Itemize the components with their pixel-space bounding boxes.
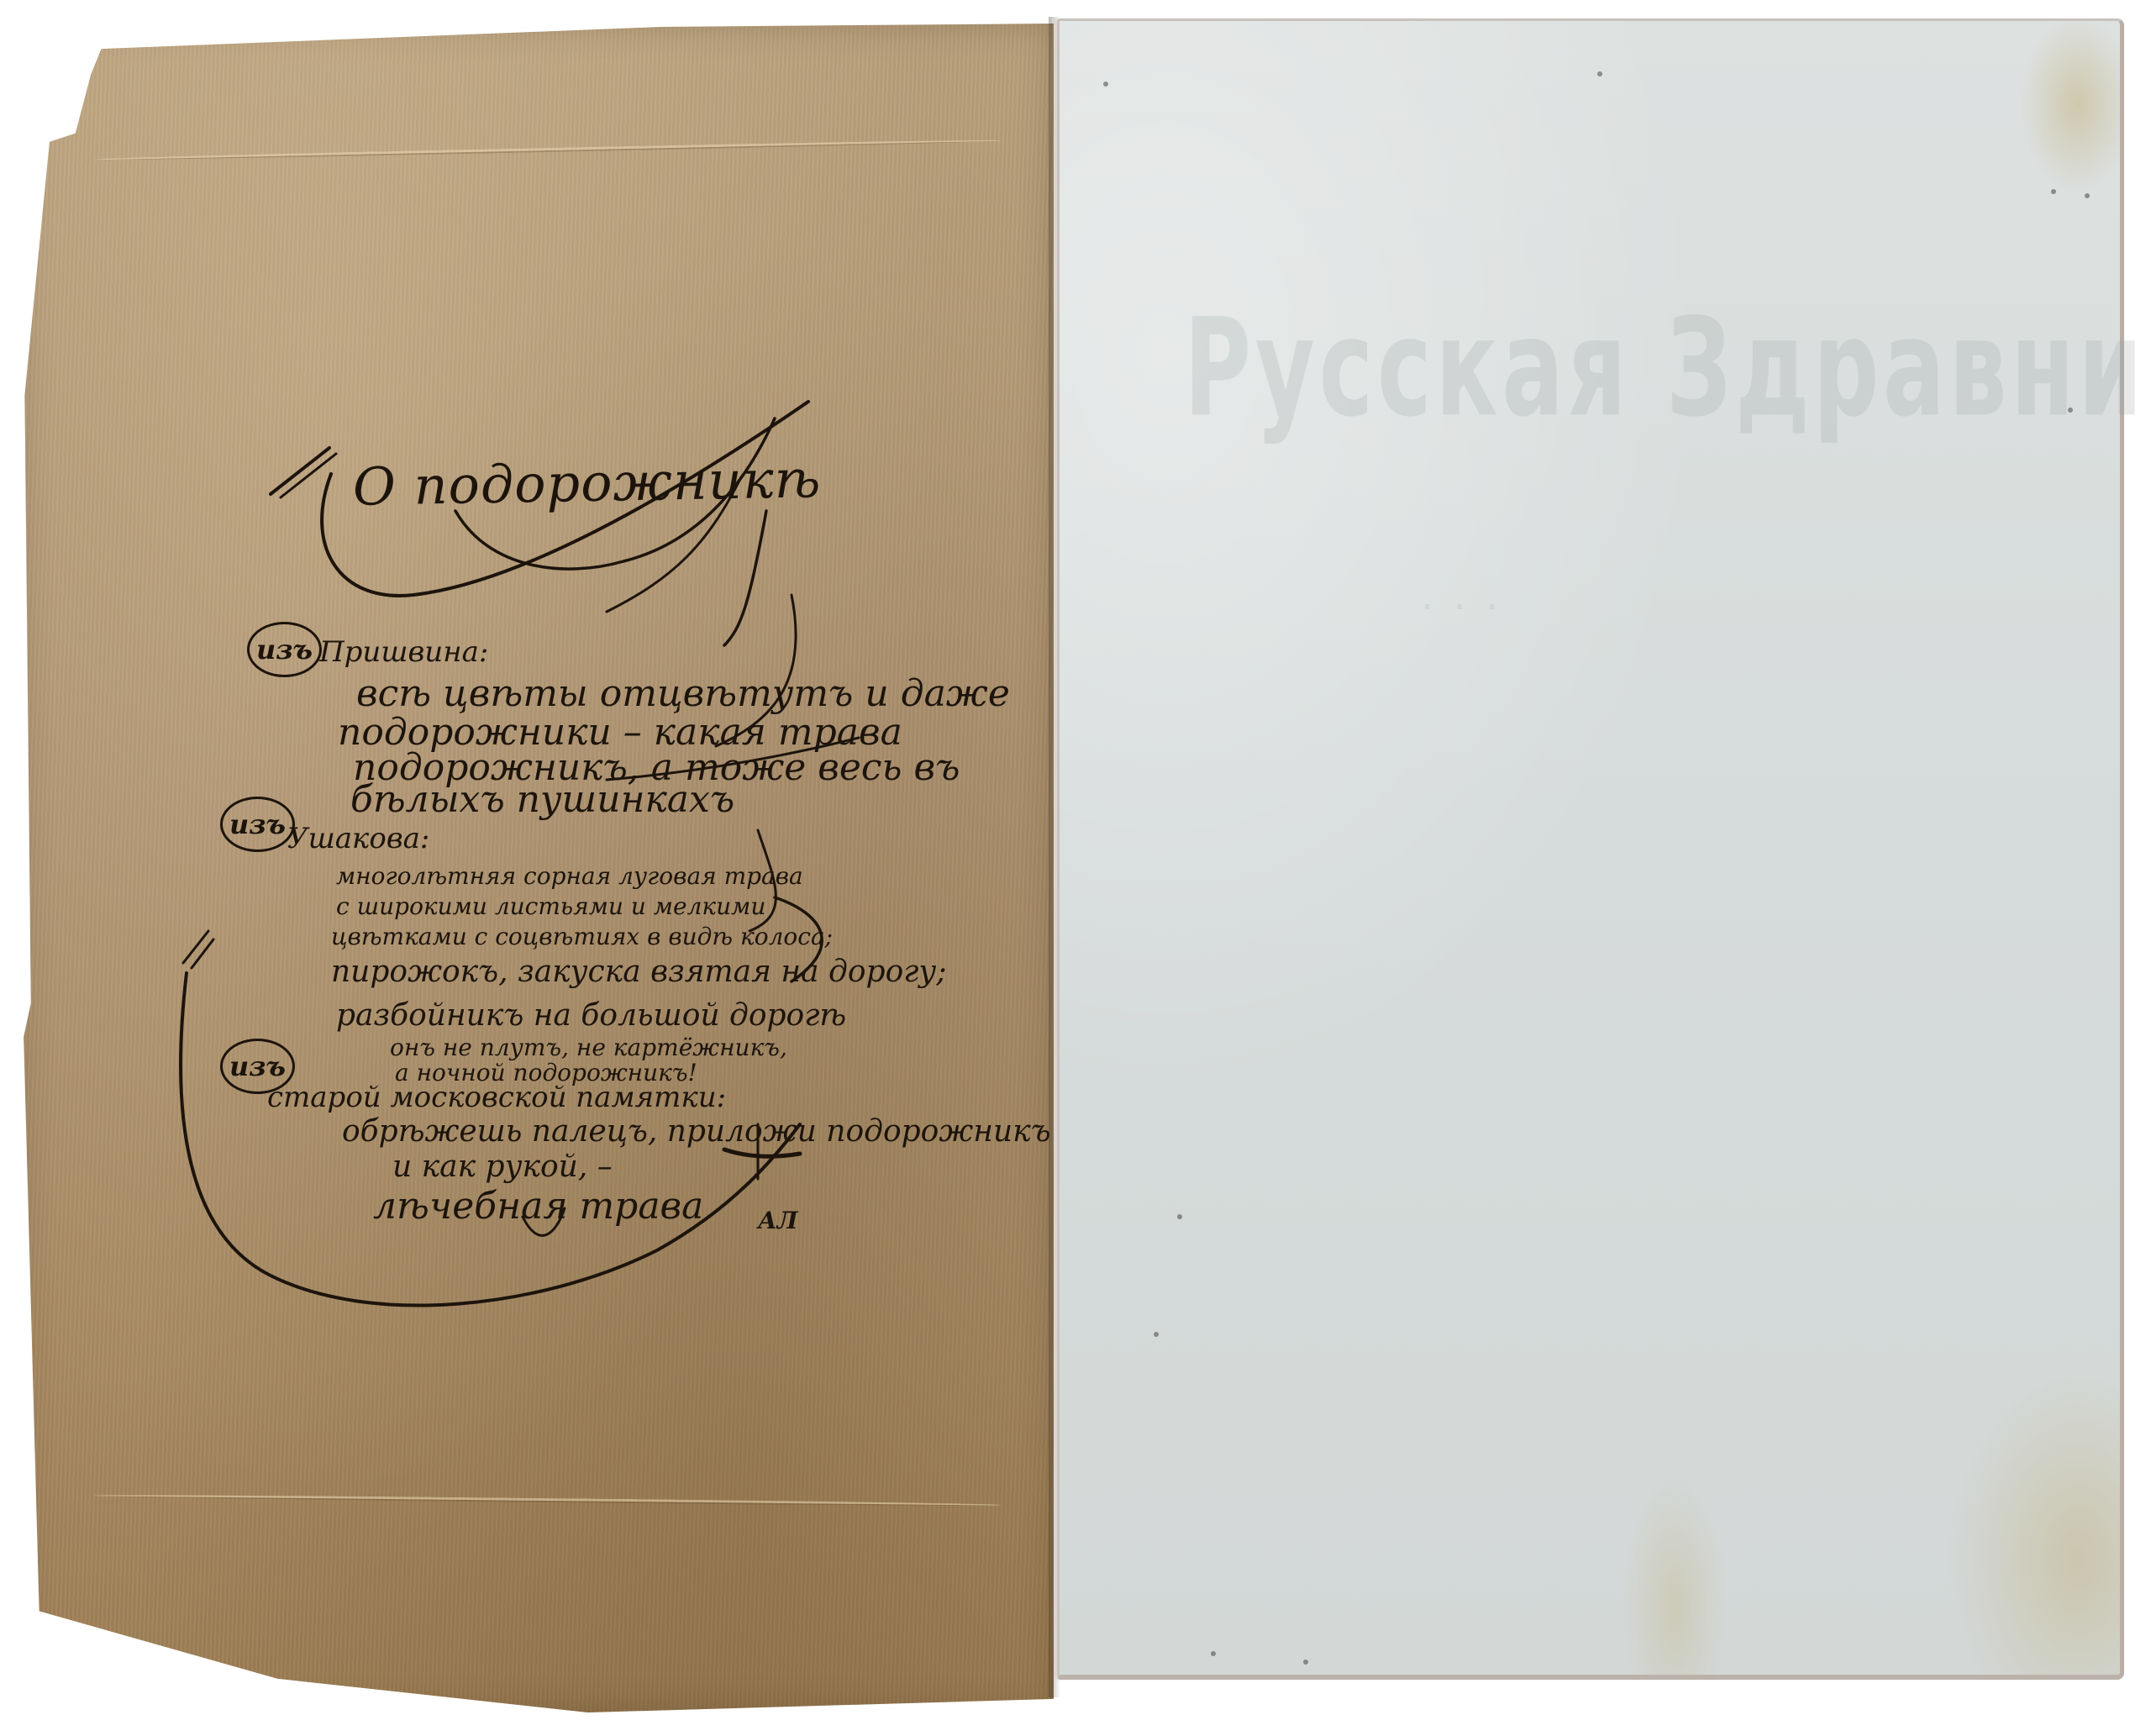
source-label: Ушакова: (287, 822, 429, 855)
foxing-speck (1177, 1214, 1182, 1219)
quote-line: онъ не плутъ, не картёжникъ, (390, 1034, 787, 1061)
page-title: О подорожникѣ (352, 448, 822, 518)
show-through-title: Русская Здравница (1184, 290, 2151, 447)
right-page: Русская Здравница · · · (1057, 18, 2124, 1680)
left-page: О подорожникѣ изъ Пришвина: всѣ цвѣты от… (18, 24, 1054, 1712)
source-label: Пришвина: (319, 635, 488, 669)
source-label: старой московской памятки: (267, 1081, 726, 1114)
quote-line: всѣ цвѣты отцвѣтутъ и даже (356, 672, 1010, 715)
foxing-speck (1597, 71, 1602, 76)
foxing-speck (2085, 193, 2090, 198)
foxing-speck (1154, 1332, 1159, 1337)
foxing-speck (2051, 189, 2056, 194)
quote-line: лѣчебная трава (373, 1185, 703, 1228)
quote-line: пирожокъ, закуска взятая на дорогу; (331, 955, 946, 989)
source-mark: изъ (247, 622, 322, 677)
quote-line: бѣлыхъ пушинкахъ (350, 778, 734, 821)
quote-line: с широкими листьями и мелкими (336, 892, 765, 920)
foxing-speck (1303, 1660, 1308, 1665)
calligraphy-block: О подорожникѣ изъ Пришвина: всѣ цвѣты от… (18, 24, 1054, 1712)
quote-line: разбойникъ на большой дорогѣ (336, 998, 846, 1033)
foxing-speck (1211, 1651, 1216, 1656)
artist-monogram: АЛ (758, 1207, 798, 1234)
show-through-subtitle: · · · (1421, 584, 1501, 631)
quote-line: многолѣтняя сорная луговая трава (336, 862, 803, 890)
quote-line: и как рукой, – (392, 1149, 613, 1184)
open-book-spread: О подорожникѣ изъ Пришвина: всѣ цвѣты от… (0, 0, 2151, 1736)
foxing-speck (2068, 408, 2073, 413)
quote-line: обрѣжешь палецъ, приложи подорожникъ – (342, 1114, 1075, 1149)
quote-line: цвѣтками с соцвѣтиях в видѣ колоса; (331, 923, 833, 950)
source-mark: изъ (220, 797, 295, 852)
foxing-speck (1103, 82, 1108, 87)
